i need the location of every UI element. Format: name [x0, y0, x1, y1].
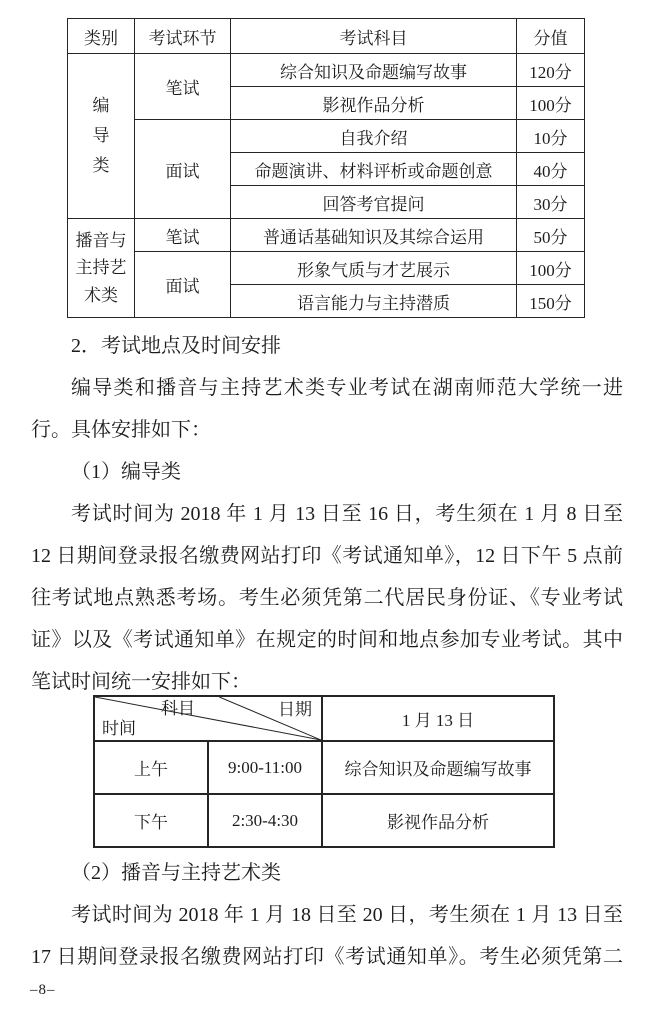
corner-label-subject: 科目: [161, 700, 195, 717]
stage-cell-written: 笔试: [135, 54, 231, 120]
table-row: 下午 2:30-4:30 影视作品分析: [94, 794, 554, 847]
category-label: 编导类: [91, 91, 111, 180]
corner-label-date: 日期: [278, 701, 312, 718]
header-cell-stage: 考试环节: [135, 19, 231, 54]
score-cell: 100分: [517, 87, 585, 120]
subject-cell: 综合知识及命题编写故事: [322, 741, 554, 794]
subject-cell: 语言能力与主持潜质: [231, 285, 517, 318]
page-number: –8–: [30, 982, 56, 999]
table-row: 编导类 笔试 综合知识及命题编写故事 120分: [68, 54, 585, 87]
text-line: 考试时间为 2018 年 1 月 18 日至 20 日，考生须在 1 月 13 …: [31, 894, 623, 936]
text-line: 12 日期间登录报名缴费网站打印《考试通知单》，12 日下午 5 点前: [31, 535, 623, 577]
table-row: 播音与主持艺术类 笔试 普通话基础知识及其综合运用 50分: [68, 219, 585, 252]
body-text-block: 2．考试地点及时间安排 编导类和播音与主持艺术类专业考试在湖南师范大学统一进 行…: [31, 325, 623, 703]
text-line: 编导类和播音与主持艺术类专业考试在湖南师范大学统一进: [31, 367, 623, 409]
slot-cell: 9:00-11:00: [208, 741, 322, 794]
subsection-heading: （1）编导类: [31, 451, 623, 493]
date-header-cell: 1 月 13 日: [322, 696, 554, 741]
schedule-header-row: 科目 日期 时间 1 月 13 日: [94, 696, 554, 741]
header-cell-score: 分值: [517, 19, 585, 54]
time-cell: 下午: [94, 794, 208, 847]
stage-cell-written: 笔试: [135, 219, 231, 252]
text-line: 考试时间为 2018 年 1 月 13 日至 16 日，考生须在 1 月 8 日…: [31, 493, 623, 535]
subject-cell: 普通话基础知识及其综合运用: [231, 219, 517, 252]
score-cell: 10分: [517, 120, 585, 153]
category-cell-byzc: 播音与主持艺术类: [68, 219, 135, 318]
table-row: 上午 9:00-11:00 综合知识及命题编写故事: [94, 741, 554, 794]
score-cell: 100分: [517, 252, 585, 285]
body-text-block: （2）播音与主持艺术类 考试时间为 2018 年 1 月 18 日至 20 日，…: [31, 852, 623, 978]
score-cell: 50分: [517, 219, 585, 252]
stage-cell-interview: 面试: [135, 252, 231, 318]
score-table: 类别 考试环节 考试科目 分值 编导类 笔试 综合知识及命题编写故事 120分 …: [67, 18, 585, 318]
text-line: 往考试地点熟悉考场。考生必须凭第二代居民身份证、《专业考试: [31, 577, 623, 619]
subject-cell: 形象气质与才艺展示: [231, 252, 517, 285]
document-page: 类别 考试环节 考试科目 分值 编导类 笔试 综合知识及命题编写故事 120分 …: [0, 0, 650, 1022]
subject-cell: 回答考官提问: [231, 186, 517, 219]
category-label: 播音与主持艺术类: [73, 227, 128, 309]
time-cell: 上午: [94, 741, 208, 794]
header-cell-category: 类别: [68, 19, 135, 54]
stage-cell-interview: 面试: [135, 120, 231, 219]
slot-cell: 2:30-4:30: [208, 794, 322, 847]
schedule-table: 科目 日期 时间 1 月 13 日 上午 9:00-11:00 综合知识及命题编…: [93, 695, 555, 848]
section-heading: 2．考试地点及时间安排: [31, 325, 623, 367]
category-cell-bdl: 编导类: [68, 54, 135, 219]
score-table-header-row: 类别 考试环节 考试科目 分值: [68, 19, 585, 54]
score-cell: 30分: [517, 186, 585, 219]
text-line: 行。具体安排如下：: [31, 409, 623, 451]
table-row: 面试 自我介绍 10分: [68, 120, 585, 153]
text-line: 17 日期间登录报名缴费网站打印《考试通知单》。考生必须凭第二: [31, 936, 623, 978]
score-cell: 120分: [517, 54, 585, 87]
subject-cell: 命题演讲、材料评析或命题创意: [231, 153, 517, 186]
table-row: 面试 形象气质与才艺展示 100分: [68, 252, 585, 285]
score-cell: 150分: [517, 285, 585, 318]
subsection-heading: （2）播音与主持艺术类: [31, 852, 623, 894]
header-cell-subject: 考试科目: [231, 19, 517, 54]
text-line: 证》以及《考试通知单》在规定的时间和地点参加专业考试。其中: [31, 619, 623, 661]
subject-cell: 影视作品分析: [322, 794, 554, 847]
score-cell: 40分: [517, 153, 585, 186]
subject-cell: 影视作品分析: [231, 87, 517, 120]
diagonal-header-cell: 科目 日期 时间: [94, 696, 322, 741]
subject-cell: 综合知识及命题编写故事: [231, 54, 517, 87]
subject-cell: 自我介绍: [231, 120, 517, 153]
corner-label-time: 时间: [102, 720, 136, 737]
